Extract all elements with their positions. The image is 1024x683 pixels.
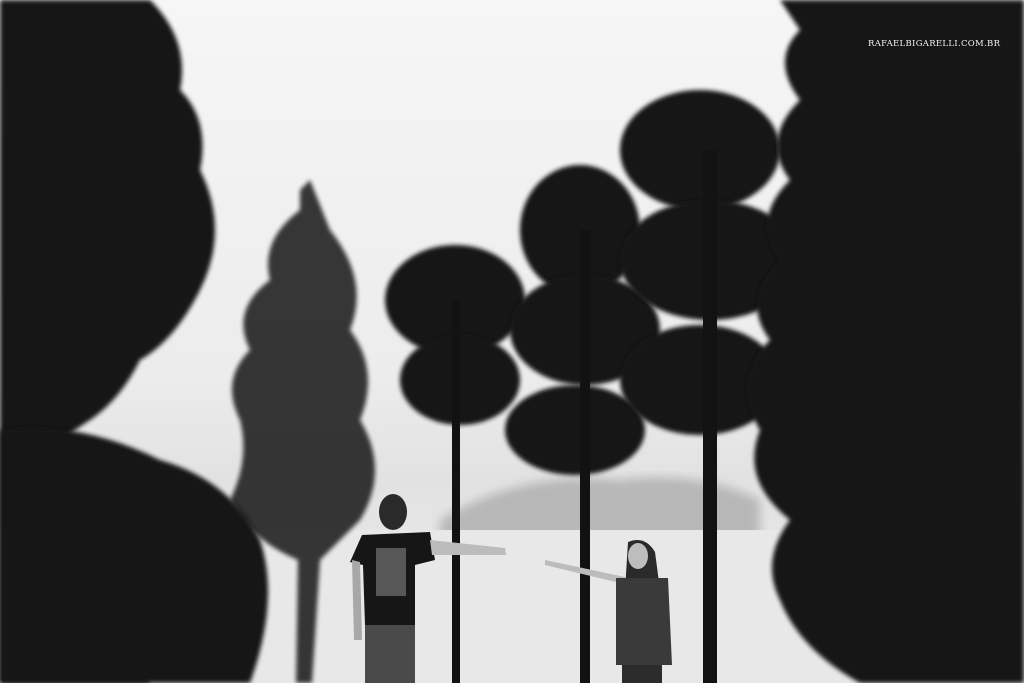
watermark-text: RAFAELBIGARELLI.COM.BR [868, 39, 1000, 49]
scene-illustration [0, 0, 1024, 683]
photograph: RAFAELBIGARELLI.COM.BR [0, 0, 1024, 683]
